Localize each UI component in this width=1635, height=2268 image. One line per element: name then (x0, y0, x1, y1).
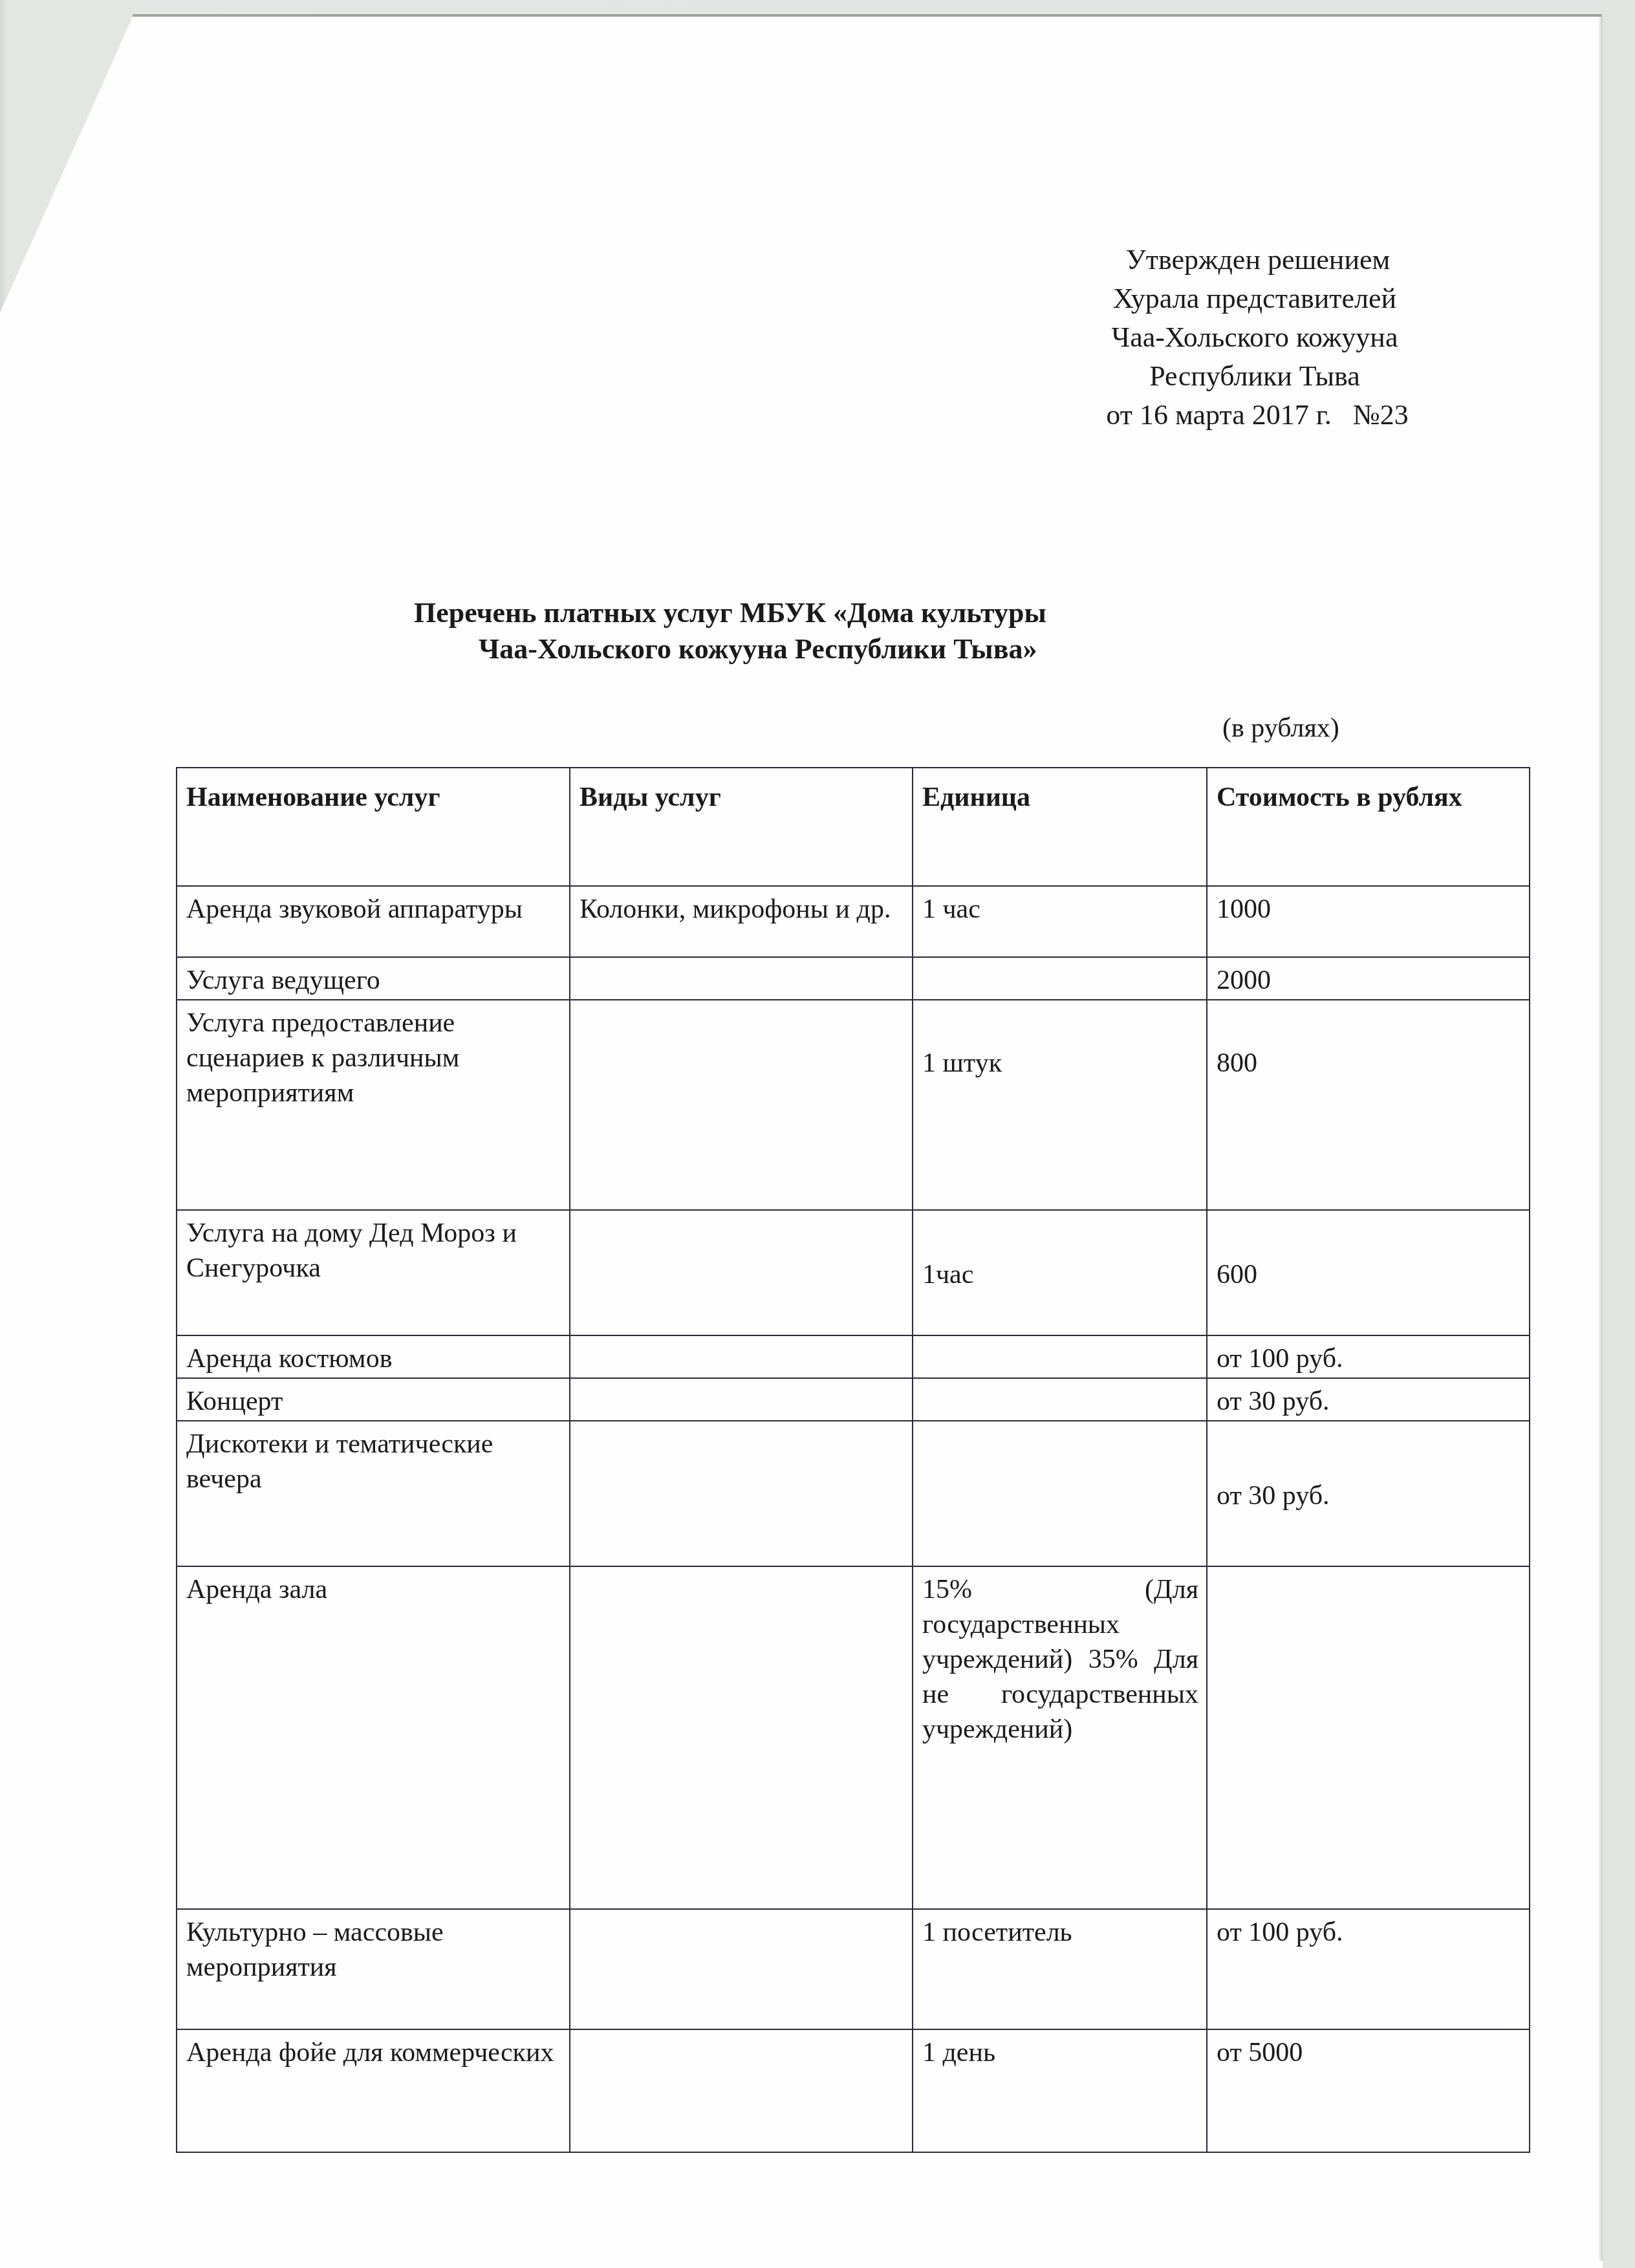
cell-unit: 1 посетитель (913, 1909, 1207, 2029)
header-price: Стоимость в рублях (1207, 768, 1530, 886)
cell-unit: 1 час (913, 886, 1207, 957)
cell-price (1207, 1566, 1530, 1909)
cell-service-type (570, 1210, 913, 1335)
table-row: Услуга на дому Дед Мороз и Снегурочка 1ч… (177, 1210, 1530, 1335)
cell-service-name: Аренда зала (177, 1566, 570, 1909)
cell-price: от 30 руб. (1207, 1421, 1530, 1566)
cell-price: от 100 руб. (1207, 1909, 1530, 2029)
header-service-name: Наименование услуг (177, 768, 570, 886)
approval-line: Утвержден решением (1015, 241, 1500, 279)
cell-price: 2000 (1207, 957, 1530, 1000)
table-row: Культурно – массовые мероприятия 1 посет… (177, 1909, 1530, 2029)
table-row: Аренда звуковой аппаратуры Колонки, микр… (177, 886, 1530, 957)
cell-price: 600 (1207, 1210, 1530, 1335)
header-service-type: Виды услуг (570, 768, 913, 886)
price-list-table: Наименование услуг Виды услуг Единица Ст… (176, 767, 1530, 2153)
cell-service-type (570, 1909, 913, 2029)
cell-service-name: Услуга на дому Дед Мороз и Снегурочка (177, 1210, 570, 1335)
approval-line: Республики Тыва (1009, 357, 1500, 396)
cell-service-type (570, 1566, 913, 1909)
cell-unit (913, 1378, 1207, 1421)
cell-service-type (570, 2029, 913, 2152)
cell-unit (913, 957, 1207, 1000)
cell-service-name: Аренда звуковой аппаратуры (177, 886, 570, 957)
table-row: Аренда зала 15% (Для государственных учр… (177, 1566, 1530, 1909)
cell-service-type (570, 957, 913, 1000)
cell-unit (913, 1335, 1207, 1378)
approval-date-number: от 16 марта 2017 г. №23 (1014, 396, 1500, 435)
cell-service-name: Аренда фойе для коммерческих (177, 2029, 570, 2152)
title-line-2: Чаа-Хольского кожууна Республики Тыва» (479, 631, 1306, 667)
document-title: Перечень платных услуг МБУК «Дома культу… (336, 595, 1306, 667)
units-note: (в рублях) (1222, 713, 1339, 744)
cell-service-type (570, 1378, 913, 1421)
table-row: Концерт от 30 руб. (177, 1378, 1530, 1421)
approval-stamp-block: Утвержден решением Хурала представителей… (1009, 241, 1500, 435)
sheet-right-edge (1599, 17, 1603, 2261)
cell-service-name: Аренда костюмов (177, 1335, 570, 1378)
cell-service-name: Концерт (177, 1378, 570, 1421)
table-header-row: Наименование услуг Виды услуг Единица Ст… (177, 768, 1530, 886)
table-row: Аренда костюмов от 100 руб. (177, 1335, 1530, 1378)
cell-service-name: Услуга ведущего (177, 957, 570, 1000)
table-row: Дискотеки и тематические вечера от 30 ру… (177, 1421, 1530, 1566)
cell-price: от 5000 (1207, 2029, 1530, 2152)
cell-unit: 1час (913, 1210, 1207, 1335)
header-unit: Единица (913, 768, 1207, 886)
cell-price: от 30 руб. (1207, 1378, 1530, 1421)
cell-unit: 1 день (913, 2029, 1207, 2152)
approval-line: Хурала представителей (1009, 279, 1500, 318)
table-row: Аренда фойе для коммерческих 1 день от 5… (177, 2029, 1530, 2152)
cell-unit (913, 1421, 1207, 1566)
cell-price: от 100 руб. (1207, 1335, 1530, 1378)
cell-unit: 1 штук (913, 1000, 1207, 1210)
title-line-1: Перечень платных услуг МБУК «Дома культу… (414, 595, 1306, 631)
cell-service-type: Колонки, микрофоны и др. (570, 886, 913, 957)
cell-service-type (570, 1000, 913, 1210)
cell-service-name: Культурно – массовые мероприятия (177, 1909, 570, 2029)
cell-service-name: Дискотеки и тематические вечера (177, 1421, 570, 1566)
cell-unit: 15% (Для государственных учреждений) 35%… (913, 1566, 1207, 1909)
cell-service-name: Услуга предоставление сценариев к различ… (177, 1000, 570, 1210)
cell-service-type (570, 1335, 913, 1378)
table-row: Услуга предоставление сценариев к различ… (177, 1000, 1530, 1210)
cell-service-type (570, 1421, 913, 1566)
table-row: Услуга ведущего 2000 (177, 957, 1530, 1000)
cell-price: 800 (1207, 1000, 1530, 1210)
approval-line: Чаа-Хольского кожууна (1009, 318, 1500, 357)
cell-price: 1000 (1207, 886, 1530, 957)
